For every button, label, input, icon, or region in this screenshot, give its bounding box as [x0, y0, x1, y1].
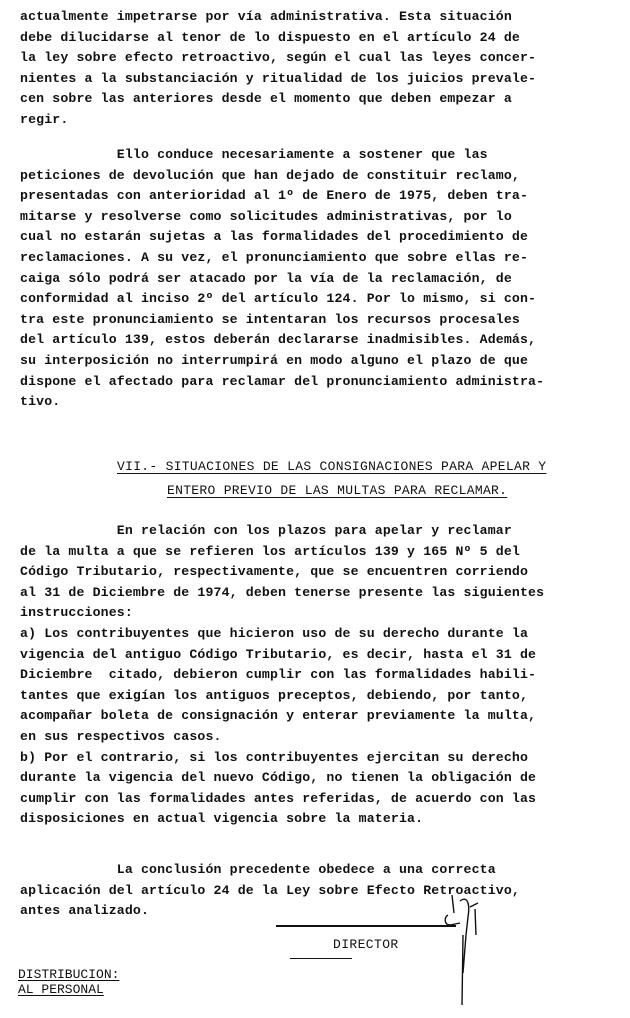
text-line: Ello conduce necesariamente a sostener q…: [20, 145, 488, 165]
text-line: su interposición no interrumpirá en modo…: [20, 351, 528, 371]
document-page: actualmente impetrarse por vía administr…: [0, 0, 630, 1018]
text-line: durante la vigencia del nuevo Código, no…: [20, 768, 536, 788]
signature-underline: [290, 958, 352, 959]
text-line: tra este pronunciamiento se intentaran l…: [20, 310, 520, 330]
section-heading-line-1: VII.- SITUACIONES DE LAS CONSIGNACIONES …: [117, 457, 546, 477]
text-line: reclamaciones. A su vez, el pronunciamie…: [20, 248, 528, 268]
text-line: presentadas con anterioridad al 1º de En…: [20, 186, 528, 206]
text-line: Código Tributario, respectivamente, que …: [20, 562, 528, 582]
text-line: caiga sólo podrá ser atacado por la vía …: [20, 269, 512, 289]
text-line: de la multa a que se refieren los artícu…: [20, 542, 520, 562]
text-line: debe dilucidarse al tenor de lo dispuest…: [20, 28, 520, 48]
handwritten-signature-icon: [430, 895, 510, 1005]
text-line: antes analizado.: [20, 901, 149, 921]
text-line: a) Los contribuyentes que hicieron uso d…: [20, 624, 528, 644]
distribution-label: DISTRIBUCION:: [18, 967, 119, 983]
text-line: conformidad al inciso 2º del artículo 12…: [20, 289, 536, 309]
signature-title: DIRECTOR: [333, 937, 399, 952]
text-line: nientes a la substanciación y ritualidad…: [20, 69, 536, 89]
distribution-recipient: AL PERSONAL: [18, 982, 104, 998]
text-line: regir.: [20, 110, 68, 130]
text-line: disposiciones en actual vigencia sobre l…: [20, 809, 423, 829]
text-line: En relación con los plazos para apelar y…: [20, 521, 512, 541]
text-line: tantes que exigían los antiguos precepto…: [20, 686, 528, 706]
text-line: cual no estarán sujetas a las formalidad…: [20, 227, 528, 247]
text-line: acompañar boleta de consignación y enter…: [20, 706, 536, 726]
text-line: peticiones de devolución que han dejado …: [20, 166, 520, 186]
text-line: cen sobre las anteriores desde el moment…: [20, 89, 512, 109]
text-line: b) Por el contrario, si los contribuyent…: [20, 748, 528, 768]
text-line: del artículo 139, estos deberán declarar…: [20, 330, 536, 350]
text-line: dispone el afectado para reclamar del pr…: [20, 372, 544, 392]
text-line: vigencia del antiguo Código Tributario, …: [20, 645, 536, 665]
text-line: mitarse y resolverse como solicitudes ad…: [20, 207, 512, 227]
text-line: La conclusión precedente obedece a una c…: [20, 860, 496, 880]
text-line: la ley sobre efecto retroactivo, según e…: [20, 48, 536, 68]
text-line: al 31 de Diciembre de 1974, deben teners…: [20, 583, 544, 603]
text-line: Diciembre citado, debieron cumplir con l…: [20, 665, 536, 685]
text-line: en sus respectivos casos.: [20, 727, 222, 747]
text-line: tivo.: [20, 392, 60, 412]
text-line: instrucciones:: [20, 603, 133, 623]
signature-line: [276, 925, 456, 927]
text-line: actualmente impetrarse por vía administr…: [20, 7, 512, 27]
text-line: cumplir con las formalidades antes refer…: [20, 789, 536, 809]
section-heading-line-2: ENTERO PREVIO DE LAS MULTAS PARA RECLAMA…: [167, 481, 507, 501]
